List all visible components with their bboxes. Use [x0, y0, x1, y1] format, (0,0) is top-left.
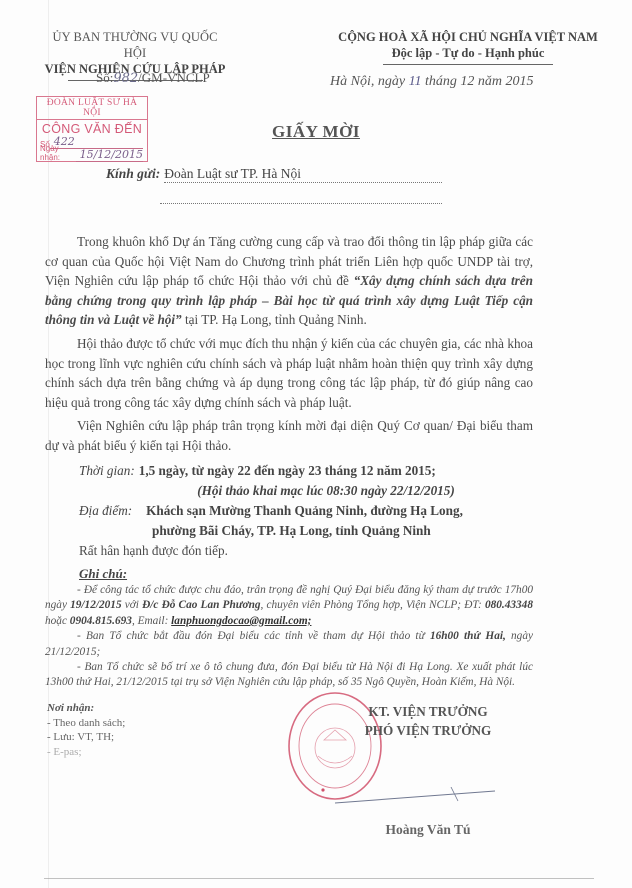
note-registration: - Để công tác tổ chức được chu đáo, trân…	[45, 583, 533, 629]
note-transport: - Ban Tổ chức sẽ bố trí xe ô tô chung đư…	[45, 660, 533, 691]
recipient-item: - E-pas;	[47, 745, 125, 760]
note-reception: - Ban Tổ chức bắt đầu đón Đại biểu các t…	[45, 629, 533, 660]
recipient-line: Kính gửi: Đoàn Luật sư TP. Hà Nội	[106, 166, 442, 183]
paragraph-invitation: Viện Nghiên cứu lập pháp trân trọng kính…	[45, 416, 533, 455]
paragraph-intro: Trong khuôn khổ Dự án Tăng cường cung cấ…	[45, 232, 533, 330]
national-header: CỘNG HOÀ XÃ HỘI CHỦ NGHĨA VIỆT NAM Độc l…	[318, 29, 618, 65]
place-value-line2: phường Bãi Cháy, TP. Hạ Long, tỉnh Quảng…	[152, 523, 431, 539]
signatory-title: KT. VIỆN TRƯỞNG PHÓ VIỆN TRƯỞNG	[338, 702, 518, 740]
contact-person: Đ/c Đỗ Cao Lan Phương	[142, 599, 260, 611]
recipient-item: - Lưu: VT, TH;	[47, 730, 125, 745]
stamp-org: ĐOÀN LUẬT SƯ HÀ NỘI	[37, 97, 147, 120]
motto: Độc lập - Tự do - Hạnh phúc	[318, 45, 618, 61]
notes-title: Ghi chú:	[79, 566, 127, 582]
opening-time: (Hội thảo khai mạc lúc 08:30 ngày 22/12/…	[0, 483, 632, 499]
number-handwritten: 982	[113, 71, 138, 86]
recipients-list: Nơi nhận: - Theo danh sách; - Lưu: VT, T…	[47, 701, 125, 759]
phone-2: 0904.815.693	[70, 615, 132, 627]
time-value: 1,5 ngày, từ ngày 22 đến ngày 23 tháng 1…	[139, 463, 436, 478]
recipient-item: - Theo danh sách;	[47, 716, 125, 731]
agency-name: ỦY BAN THƯỜNG VỤ QUỐC HỘI	[40, 29, 230, 61]
recipient-value: Đoàn Luật sư TP. Hà Nội	[164, 166, 442, 183]
issue-date: Hà Nội, ngày 11 tháng 12 năm 2015	[330, 74, 534, 90]
time-row: Thời gian:1,5 ngày, từ ngày 22 đến ngày …	[79, 463, 436, 479]
recipients-title: Nơi nhận:	[47, 701, 125, 716]
place-value: Khách sạn Mường Thanh Quảng Ninh, đường …	[146, 503, 463, 518]
paragraph-purpose: Hội thảo được tổ chức với mục đích thu n…	[45, 334, 533, 412]
stamp-date: 15/12/2015	[76, 149, 143, 162]
notes-block: - Để công tác tổ chức được chu đáo, trân…	[45, 583, 533, 691]
recipient-label: Kính gửi:	[106, 166, 160, 183]
place-row: Địa điểm:Khách sạn Mường Thanh Quảng Nin…	[79, 503, 463, 519]
divider	[383, 64, 553, 65]
email-link[interactable]: lanphuongdocao@gmail.com;	[171, 615, 311, 627]
stamp-date-row: Ngày nhận: 15/12/2015	[40, 149, 147, 162]
signatory-name: Hoàng Văn Tú	[338, 822, 518, 838]
welcome-text: Rất hân hạnh được đón tiếp.	[79, 543, 228, 559]
recipient-dotted-line	[160, 202, 442, 204]
scan-edge-bottom	[44, 878, 594, 879]
signature-stroke-icon	[330, 787, 500, 807]
document-title: GIẤY MỜI	[0, 122, 632, 142]
phone-1: 080.43348	[485, 599, 533, 611]
document-number: Số:982/GM-VNCLP	[96, 70, 210, 86]
date-day-handwritten: 11	[409, 74, 422, 89]
country-name: CỘNG HOÀ XÃ HỘI CHỦ NGHĨA VIỆT NAM	[318, 29, 618, 45]
